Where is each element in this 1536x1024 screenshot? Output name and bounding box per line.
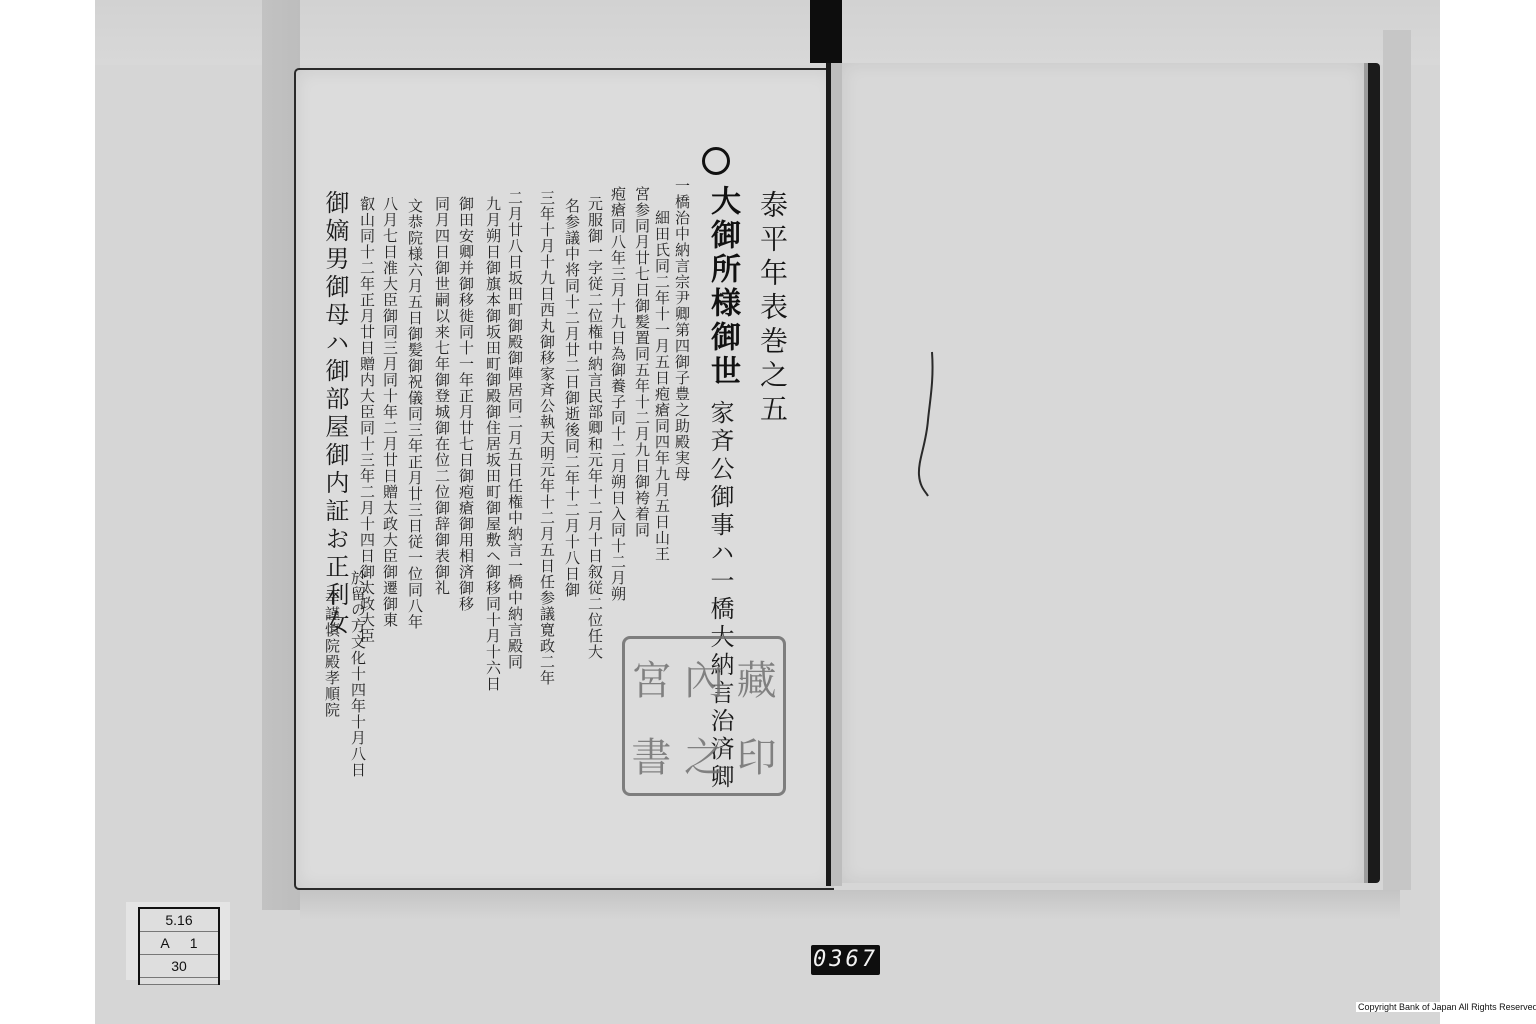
book-fore-edge xyxy=(1364,63,1380,883)
book-shadow-bottom xyxy=(300,890,1400,920)
seal-char: 印 xyxy=(730,726,783,783)
archive-label-value: 1 xyxy=(190,932,198,954)
text-column: 疱瘡同八年三月十九日為御養子同十二月朔日入同十二月朔 xyxy=(608,186,629,602)
archive-label-value: 30 xyxy=(171,955,187,977)
seal-char: 內 xyxy=(678,649,731,706)
text-column: 一橋治中納言宗尹卿第四御子豊之助殿実母 xyxy=(672,178,693,482)
text-column: 於留の方文化十四年十月八日 xyxy=(348,570,369,778)
paper-crack-mark xyxy=(912,350,942,500)
archive-label-row: 30 xyxy=(140,955,218,978)
archive-label: 5.16 A 1 30 xyxy=(138,907,220,985)
volume-title: 泰平年表巻之五 xyxy=(752,190,792,428)
book-gutter xyxy=(826,63,842,886)
frame-number: 0367 xyxy=(811,945,880,975)
binding-clip xyxy=(810,0,842,63)
text-column: 八月七日准大臣御同三月同十年二月廿日贈太政大臣御遷御東 xyxy=(380,196,401,628)
text-column: 九月朔日御旗本御坂田町御殿御住居坂田町御屋敷ヘ御移同十月十六日 xyxy=(483,196,504,692)
section-title: 大御所様御世 xyxy=(700,185,744,389)
archive-label-row: 5.16 xyxy=(140,909,218,932)
text-column: 辛謹慎院殿孝順院 xyxy=(322,590,343,718)
archive-label-value: A xyxy=(160,932,169,954)
section-circle-mark xyxy=(702,147,730,175)
archive-label-row-empty xyxy=(140,978,218,985)
text-column: 同月四日御世嗣以来七年御登城御在位二位御辞御表御礼 xyxy=(432,196,453,596)
text-column: 元服御一字従二位権中納言民部卿和元年十二月十日叙従二位任大 xyxy=(585,196,606,660)
book-shadow-right xyxy=(1383,30,1411,890)
text-column: 宮参同月廿七日御髪置同五年十二月九日御袴着同 xyxy=(632,186,653,538)
library-seal-stamp: 宮 內 藏 書 之 印 xyxy=(622,636,786,796)
seal-char: 書 xyxy=(625,726,678,783)
copyright-notice: Copyright Bank of Japan All Rights Reser… xyxy=(1356,1002,1536,1012)
text-column: 名参議中将同十二月廿二日御逝後同二年十二月十八日御 xyxy=(562,198,583,598)
seal-char: 宮 xyxy=(625,649,678,706)
text-column: 細田氏同二年十一月五日疱瘡同四年九月五日山王 xyxy=(652,210,673,562)
text-column: 二月廿八日坂田町御殿御陣居同二月五日任権中納言一橋中納言殿同 xyxy=(505,190,526,670)
archive-label-value: 5.16 xyxy=(165,909,192,931)
seal-char: 之 xyxy=(678,726,731,783)
text-column: 三年十月十九日西丸御移家斉公執天明元年十二月五日任参議寛政二年 xyxy=(537,190,558,686)
archive-label-row: A 1 xyxy=(140,932,218,955)
text-column: 文恭院様六月五日御髪御祝儀同三年正月廿三日従一位同八年 xyxy=(405,198,426,630)
text-column: 御田安卿并御移徙同十一年正月廿七日御疱瘡御用相済御移 xyxy=(456,196,477,612)
seal-char: 藏 xyxy=(730,649,783,706)
